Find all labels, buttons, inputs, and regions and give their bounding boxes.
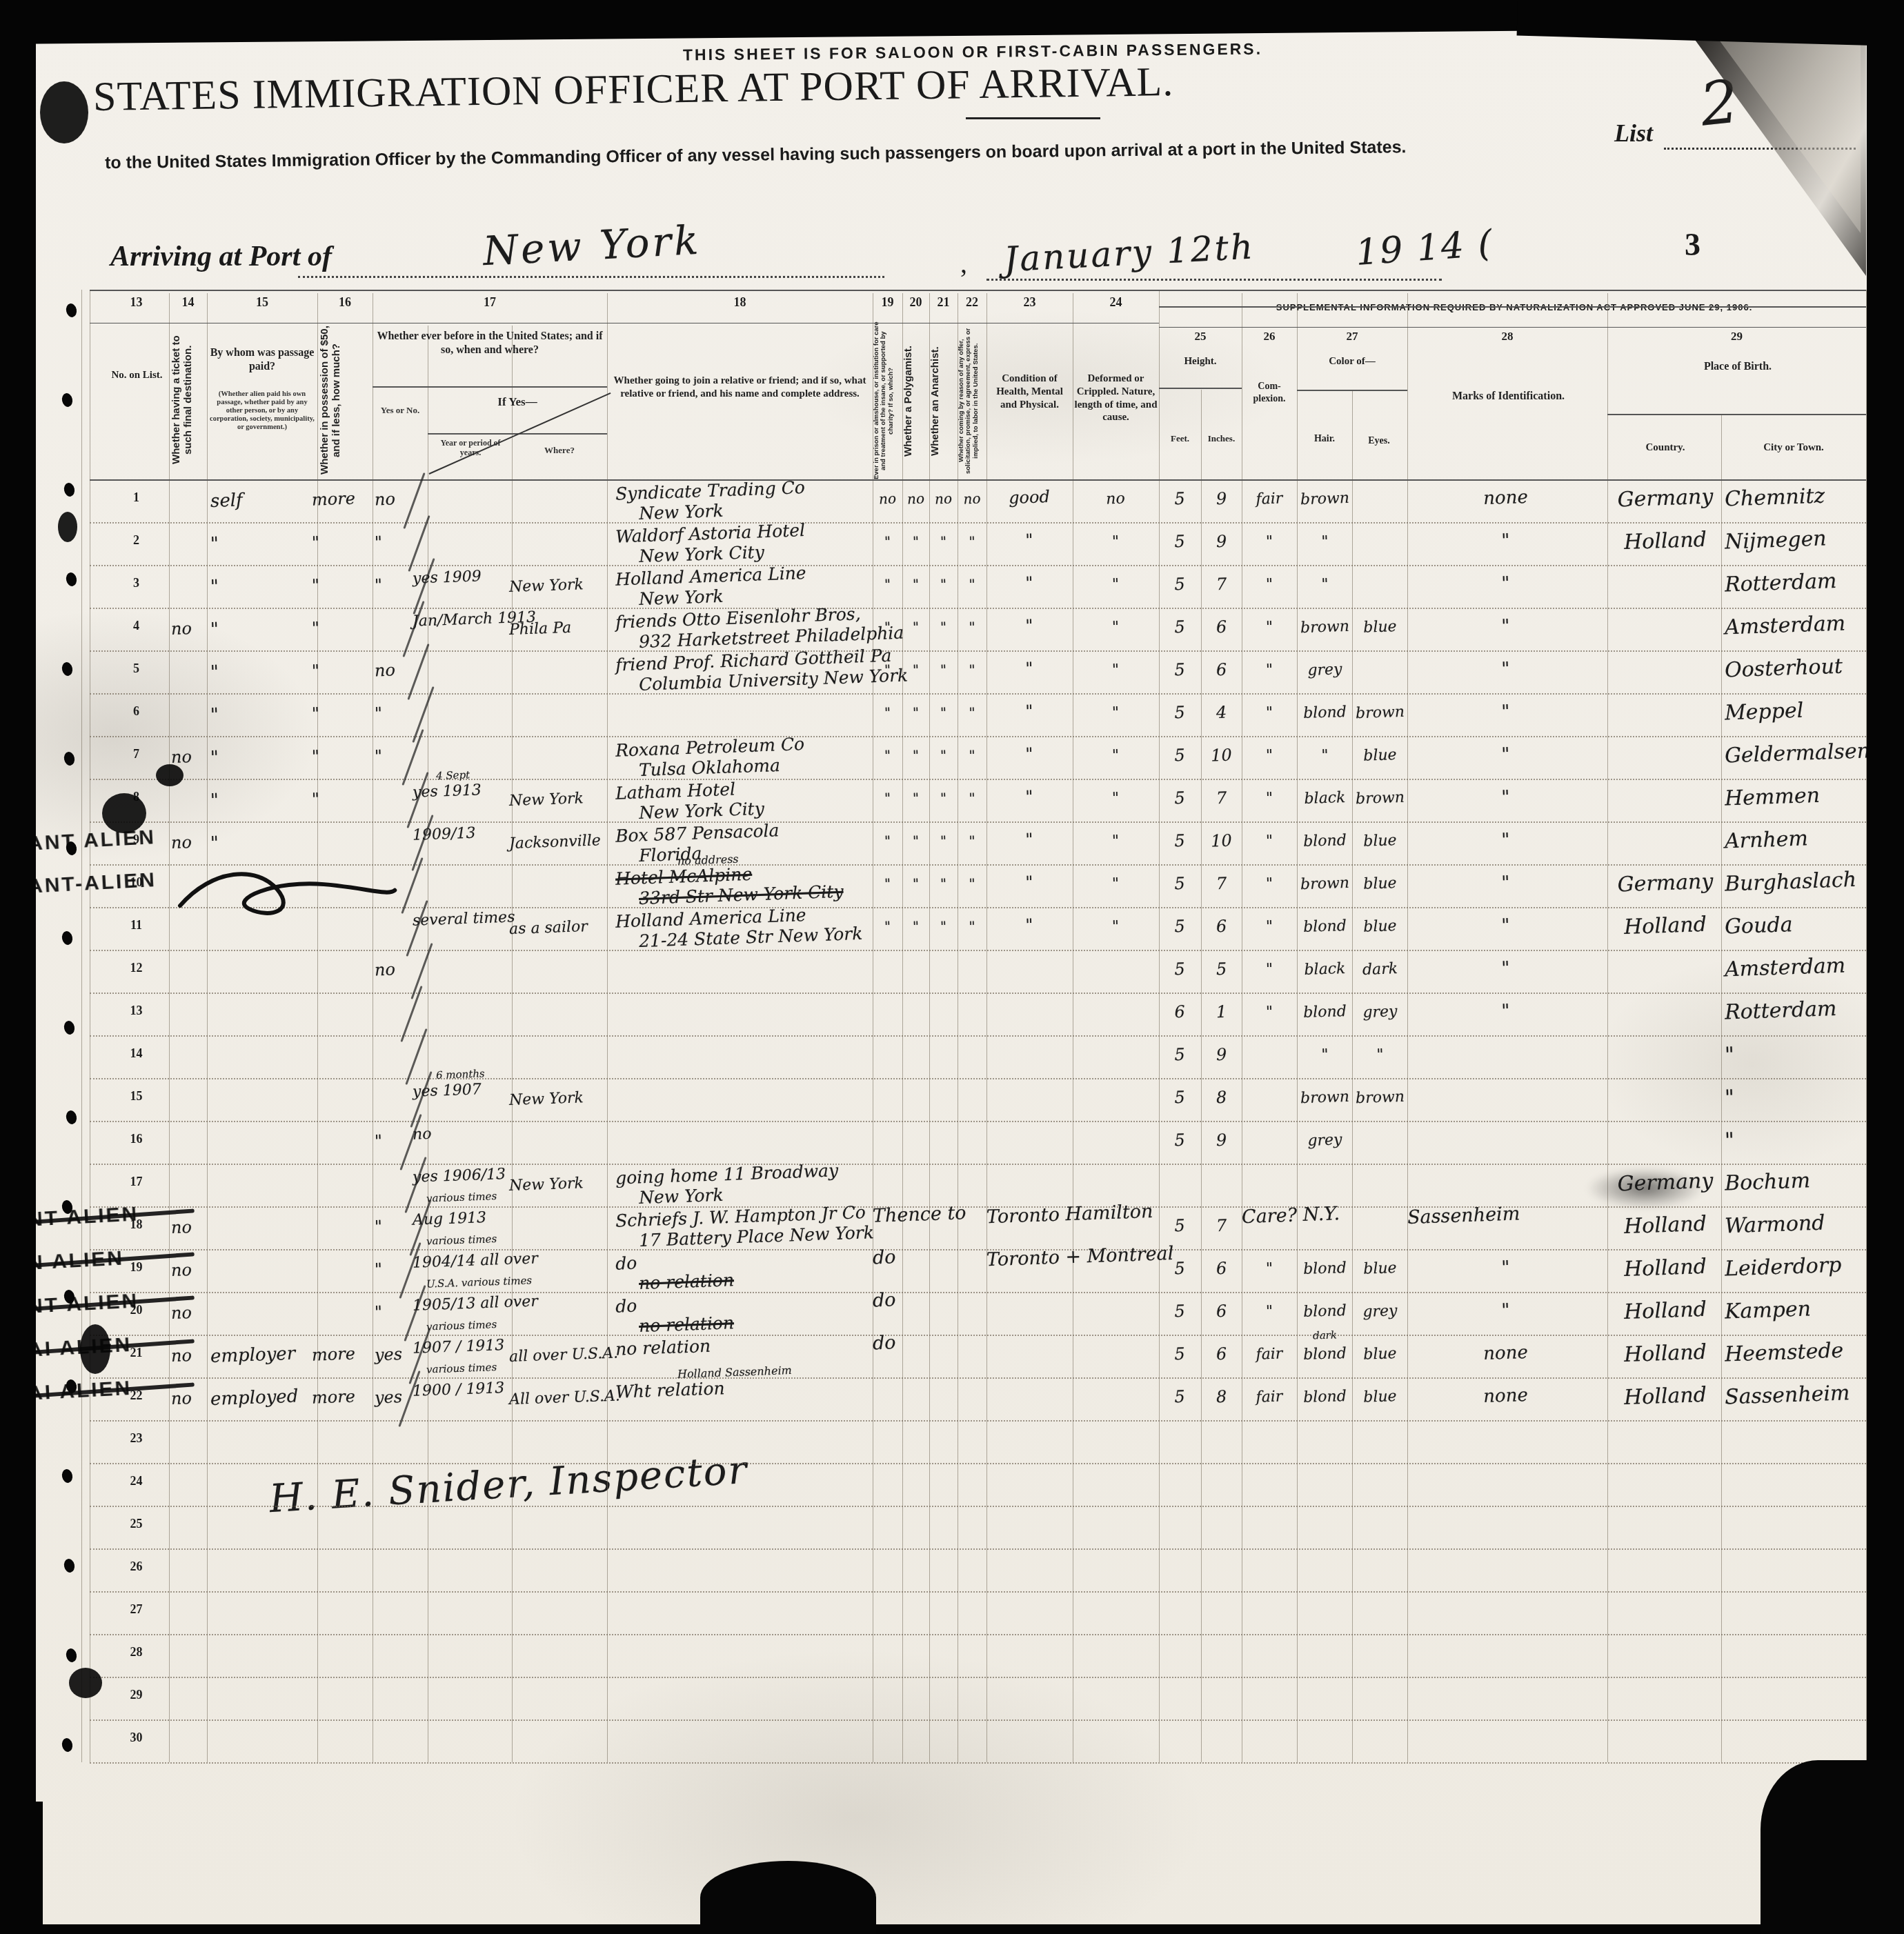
cell-ft: 5	[1160, 916, 1200, 937]
punch-hole	[65, 303, 78, 319]
punch-hole	[65, 1648, 78, 1664]
cell-yrB: U.S.A. various times	[426, 1273, 572, 1290]
header-label-c17yn: Yes or No.	[374, 406, 426, 416]
row-line	[90, 1078, 1866, 1079]
cell-hr: brown	[1298, 875, 1352, 894]
row-line	[90, 1591, 1866, 1593]
row-number: 3	[103, 576, 169, 590]
column-line	[902, 293, 903, 1762]
cell-hr: black	[1298, 960, 1352, 979]
cell-ey: blue	[1353, 746, 1407, 766]
cell-k20: "	[902, 917, 930, 935]
punch-hole	[61, 1737, 74, 1753]
cell-cx: "	[1243, 1302, 1296, 1322]
cell-cx: fair	[1243, 490, 1296, 509]
cell-ft: 5	[1160, 702, 1200, 723]
header-label-c19: Ever in prison or almshouse, or institut…	[873, 321, 902, 481]
row-line	[90, 650, 1866, 652]
cell-hr: "	[1298, 1046, 1352, 1065]
cell-hr: grey	[1298, 661, 1352, 680]
cell-k21: "	[929, 575, 958, 592]
column-number-20: 20	[902, 295, 929, 310]
header-label-c15: By whom was passage paid?	[208, 346, 316, 374]
cell-mk: none	[1418, 485, 1594, 512]
row-line	[90, 1164, 1866, 1165]
header-label-c17where: Where?	[513, 446, 606, 456]
cell-ci: Oosterhout	[1724, 653, 1866, 682]
cell-cx: "	[1243, 618, 1296, 637]
cell-mk: "	[1418, 656, 1594, 683]
ink-blob	[58, 512, 77, 542]
cell-ft: 5	[1160, 788, 1200, 808]
cell-ey: dark	[1353, 960, 1407, 979]
cell-ft: 5	[1160, 531, 1200, 552]
cell-k24: "	[1074, 874, 1158, 894]
cell-k23: "	[988, 914, 1071, 936]
cell-k19: "	[873, 746, 903, 764]
row-line	[90, 1377, 1866, 1379]
cell-ci: Amsterdam	[1724, 610, 1866, 639]
cell-yr: 1904/14 all over	[413, 1249, 558, 1271]
cell-cx: "	[1243, 789, 1296, 808]
cell-cx: "	[1243, 746, 1296, 766]
scanned-manifest-page: THIS SHEET IS FOR SALOON OR FIRST-CABIN …	[0, 0, 1904, 1934]
grid-line	[1159, 327, 1866, 328]
cell-k22: "	[958, 704, 987, 721]
cell-k19: "	[873, 575, 903, 592]
ink-blob	[80, 1324, 110, 1374]
cell-yrB: various times	[426, 1315, 572, 1333]
cell-mk: "	[1418, 741, 1594, 768]
row-number: 29	[103, 1688, 169, 1702]
cell-ey: brown	[1353, 1088, 1407, 1108]
grid-line	[1159, 306, 1866, 308]
column-line	[1201, 390, 1202, 1762]
column-line	[1607, 293, 1608, 1762]
header-label-c25a: Feet.	[1160, 433, 1200, 444]
pen-slash-mark	[405, 1028, 427, 1085]
column-number-15: 15	[207, 295, 317, 310]
row-number: 13	[103, 1004, 169, 1018]
cell-k21: "	[929, 789, 958, 806]
cell-co: Germany	[1610, 869, 1720, 897]
cell-k23: "	[988, 615, 1071, 637]
row-number: 1	[103, 490, 169, 505]
port-underline	[298, 276, 884, 278]
column-number-14: 14	[169, 295, 207, 310]
cell-cx: "	[1243, 1003, 1296, 1022]
cell-k24: "	[1074, 660, 1158, 680]
row-number: 6	[103, 704, 169, 719]
ink-blob	[102, 793, 146, 833]
cell-hr: blond	[1298, 1302, 1352, 1322]
column-number-29: 29	[1607, 330, 1866, 343]
cell-k19: "	[873, 832, 903, 849]
cell-co: Holland	[1610, 1339, 1720, 1367]
cell-mk: "	[1418, 913, 1594, 939]
cell-k21: "	[929, 917, 958, 935]
cell-ft: 5	[1160, 574, 1200, 595]
row-number: 25	[103, 1517, 169, 1531]
row-line	[90, 1677, 1866, 1678]
row-number: 23	[103, 1431, 169, 1446]
cell-k22: "	[958, 661, 987, 678]
row-line	[90, 736, 1866, 737]
year-value-handwritten: 19 14 (	[1354, 223, 1494, 274]
cell-k23: "	[988, 786, 1071, 808]
cell-ey: brown	[1353, 789, 1407, 808]
cell-in: 8	[1202, 1087, 1241, 1108]
corner-page-number-stamp: 3	[1685, 226, 1700, 263]
row-line	[90, 1548, 1866, 1550]
cell-ci: Bochum	[1724, 1166, 1866, 1195]
cell-k20: "	[902, 618, 930, 635]
cell-cx: "	[1243, 832, 1296, 851]
cell-f: "	[312, 530, 378, 552]
cell-co: Holland	[1610, 1297, 1720, 1324]
column-line	[1242, 293, 1242, 1762]
punch-hole	[61, 392, 74, 408]
cell-k19: "	[873, 789, 903, 806]
cell-co: Germany	[1610, 484, 1720, 512]
cell-k21: no	[929, 490, 958, 507]
cell-yr: Aug 1913	[413, 1206, 558, 1228]
scan-edge-right	[1867, 0, 1904, 1934]
row-line	[90, 1335, 1866, 1336]
cell-hr: grey	[1298, 1131, 1352, 1150]
grid-line	[1159, 388, 1242, 389]
cell-ft: 5	[1160, 617, 1200, 637]
cell-ft: 5	[1160, 959, 1200, 979]
cell-mk: "	[1418, 784, 1594, 811]
cell-hr: blond	[1298, 1259, 1352, 1279]
cell-k23: "	[988, 871, 1071, 893]
pen-scribble	[171, 853, 401, 926]
cell-mk: "	[1418, 613, 1594, 640]
cell-ft: 5	[1160, 1301, 1200, 1322]
header-label-c15note: (Whether alien paid his own passage, whe…	[210, 390, 315, 432]
cell-yr: 1905/13 all over	[413, 1292, 558, 1314]
row-line	[90, 1035, 1866, 1037]
header-label-c29b: City or Town.	[1723, 441, 1865, 455]
cell-annotation: do	[872, 1331, 929, 1355]
column-number-17: 17	[373, 295, 607, 310]
cell-in: 7	[1202, 1215, 1241, 1236]
cell-k22: "	[958, 875, 987, 892]
cell-in: 6	[1202, 659, 1241, 680]
column-line	[81, 290, 82, 1762]
cell-mk: "	[1418, 1255, 1594, 1282]
cell-in: 6	[1202, 1301, 1241, 1322]
cell-ci: Amsterdam	[1724, 953, 1866, 981]
scan-blob-bottom-left	[0, 1802, 43, 1934]
cell-k22: "	[958, 618, 987, 635]
cell-hr: blond	[1298, 832, 1352, 851]
row-number: 4	[103, 619, 169, 633]
column-line	[607, 293, 608, 1762]
cell-hr: "	[1298, 575, 1352, 595]
cell-ci: "	[1724, 1038, 1866, 1067]
note-rule	[966, 117, 1100, 119]
header-label-c28: Marks of Identification.	[1411, 390, 1606, 403]
column-line	[1352, 390, 1353, 1762]
cell-yn: no	[375, 488, 430, 510]
cell-k24: "	[1074, 746, 1158, 766]
grid-line	[373, 386, 607, 388]
cell-k24: "	[1074, 917, 1158, 937]
column-line	[1159, 290, 1160, 1762]
column-line	[169, 293, 170, 1762]
column-line	[317, 293, 318, 1762]
cell-p: employer	[210, 1342, 328, 1367]
cell-in: 5	[1202, 959, 1241, 979]
row-line	[90, 950, 1866, 951]
cell-ci: Geldermalsen	[1724, 739, 1866, 768]
cell-ft: 5	[1160, 659, 1200, 680]
cell-f: more	[312, 488, 378, 509]
grid-line	[1297, 390, 1407, 391]
cell-hr: blond	[1298, 704, 1352, 723]
cell-ey: "	[1353, 1046, 1407, 1065]
row-line	[90, 1121, 1866, 1122]
column-number-13: 13	[103, 295, 169, 310]
inspector-signature: H. E. Snider, Inspector	[268, 1448, 749, 1522]
cell-ft: 5	[1160, 1386, 1200, 1407]
cell-annotation: Toronto + Montreal	[986, 1244, 1160, 1271]
date-value-handwritten: January 12th	[1003, 227, 1256, 280]
column-number-16: 16	[317, 295, 373, 310]
cell-hrN: dark	[1298, 1328, 1352, 1343]
row-line	[90, 1463, 1866, 1464]
cell-f: "	[312, 787, 378, 808]
column-number-23: 23	[986, 295, 1073, 310]
column-line	[929, 293, 930, 1762]
punch-hole	[65, 572, 78, 588]
row-number: 11	[103, 918, 169, 933]
cell-annotation: Toronto Hamilton	[986, 1201, 1160, 1228]
column-line	[207, 293, 208, 1762]
port-comma: ,	[960, 247, 967, 279]
row-number: 15	[103, 1089, 169, 1104]
ink-blob	[69, 1668, 102, 1698]
cell-k22: "	[958, 917, 987, 935]
header-label-c17yes: If Yes—	[431, 395, 604, 409]
cell-k24: no	[1074, 489, 1158, 509]
row-line	[90, 1719, 1866, 1721]
row-line	[90, 1292, 1866, 1293]
cell-ft: 5	[1160, 745, 1200, 766]
cell-ci: Heemstede	[1724, 1337, 1866, 1366]
header-label-c14: Whether having a ticket to such final de…	[171, 323, 204, 477]
row-number: 26	[103, 1559, 169, 1574]
ink-blob	[40, 81, 88, 143]
row-number: 30	[103, 1731, 169, 1745]
cell-annotation: Thence to	[873, 1202, 987, 1227]
port-value-handwritten: New York	[482, 217, 702, 275]
page-fold-inner	[1719, 40, 1861, 233]
cell-ey: blue	[1353, 1259, 1407, 1279]
column-line	[90, 290, 90, 1762]
row-number: 2	[103, 533, 169, 548]
cell-k20: "	[902, 661, 930, 678]
cell-cx: "	[1243, 704, 1296, 723]
cell-k20: "	[902, 746, 930, 764]
row-line	[90, 522, 1866, 524]
cell-k23: good	[988, 486, 1071, 508]
header-label-c16: Whether in possession of $50, and if les…	[319, 321, 370, 479]
cell-k20: "	[902, 832, 930, 849]
punch-hole	[63, 1020, 76, 1036]
cell-cx: fair	[1243, 1388, 1296, 1407]
cell-in: 1	[1202, 1001, 1241, 1022]
cell-k24: "	[1074, 831, 1158, 851]
cell-ci: Arnhem	[1724, 824, 1866, 853]
column-line	[512, 326, 513, 1762]
cell-k21: "	[929, 832, 958, 849]
cell-mk: "	[1418, 699, 1594, 726]
cell-k23: "	[988, 529, 1071, 551]
cell-ey: grey	[1353, 1003, 1407, 1022]
scan-edge-left	[0, 0, 36, 1934]
row-line	[90, 1762, 1866, 1764]
cell-k20: no	[902, 490, 930, 507]
cell-in: 9	[1202, 531, 1241, 552]
cell-p: "	[210, 786, 328, 811]
row-line	[90, 1420, 1866, 1422]
column-number-22: 22	[958, 295, 986, 310]
cell-hr: blond	[1298, 1003, 1352, 1022]
cell-k22: "	[958, 532, 987, 550]
cell-f: "	[312, 616, 378, 637]
cell-ey: blue	[1353, 917, 1407, 937]
cell-ey: grey	[1353, 1302, 1407, 1322]
cell-in: 7	[1202, 574, 1241, 595]
cell-f: "	[312, 659, 378, 680]
cell-k20: "	[902, 532, 930, 550]
column-number-18: 18	[607, 295, 873, 310]
cell-f: "	[312, 573, 378, 595]
cell-mk: "	[1418, 998, 1594, 1025]
cell-cx: "	[1243, 661, 1296, 680]
cell-in: 6	[1202, 1344, 1241, 1364]
cell-in: 7	[1202, 788, 1241, 808]
scan-blob-bottom-right	[1761, 1760, 1904, 1934]
cell-cx: "	[1243, 960, 1296, 979]
cell-k19: "	[873, 532, 903, 550]
cell-in: 9	[1202, 488, 1241, 509]
column-line	[1297, 293, 1298, 1762]
punch-hole	[63, 1558, 76, 1574]
column-line	[986, 293, 987, 1762]
cell-k23: "	[988, 572, 1071, 594]
header-label-c13: No. on List.	[105, 369, 169, 382]
cell-k20: "	[902, 575, 930, 592]
cell-ci: "	[1724, 1081, 1866, 1110]
punch-hole	[65, 1110, 78, 1126]
column-number-24: 24	[1073, 295, 1159, 310]
cell-yn: "	[375, 745, 430, 766]
cell-cx: "	[1243, 575, 1296, 595]
cell-p: self	[210, 487, 328, 512]
cell-f: "	[312, 701, 378, 723]
cell-in: 6	[1202, 1258, 1241, 1279]
header-label-c24: Deformed or Crippled. Nature, length of …	[1074, 372, 1158, 424]
cell-ci: Leiderdorp	[1724, 1252, 1866, 1281]
row-line	[90, 565, 1866, 566]
header-label-c27: Color of—	[1298, 355, 1406, 368]
cell-k22: no	[958, 490, 987, 507]
row-line	[90, 608, 1866, 609]
cell-k21: "	[929, 661, 958, 678]
header-label-c27a: Hair.	[1298, 433, 1351, 446]
cell-k24: "	[1074, 788, 1158, 808]
cell-ci: Chemnitz	[1724, 482, 1866, 511]
cell-co: Holland	[1610, 1211, 1720, 1239]
cell-ey: blue	[1353, 618, 1407, 637]
cell-k20: "	[902, 704, 930, 721]
cell-ft: 5	[1160, 1044, 1200, 1065]
cell-ft: 5	[1160, 1344, 1200, 1364]
cell-p: "	[210, 829, 328, 854]
cell-k22: "	[958, 789, 987, 806]
cell-p: "	[210, 572, 328, 597]
cell-mk: "	[1418, 870, 1594, 897]
row-line	[90, 1249, 1866, 1250]
cell-ci: Warmond	[1724, 1209, 1866, 1238]
cell-ft: 6	[1160, 1001, 1200, 1022]
cell-hr: brown	[1298, 1088, 1352, 1108]
cell-ci: Sassenheim	[1724, 1380, 1866, 1409]
cell-ci: Kampen	[1724, 1295, 1866, 1324]
header-label-c17year: Year or period of years.	[430, 439, 510, 458]
cell-hr: brown	[1298, 618, 1352, 637]
punch-hole	[63, 482, 76, 498]
cell-in: 9	[1202, 1130, 1241, 1150]
cell-mk: "	[1418, 827, 1594, 854]
cell-k19: "	[873, 618, 903, 635]
cell-k23: "	[988, 657, 1071, 679]
cell-k20: "	[902, 875, 930, 892]
cell-hr: black	[1298, 789, 1352, 808]
cell-ft: 5	[1160, 1215, 1200, 1236]
cell-annotation: do	[872, 1288, 929, 1312]
cell-p: employed	[210, 1385, 328, 1410]
row-number: 14	[103, 1046, 169, 1061]
cell-hr: "	[1298, 746, 1352, 766]
cell-k19: "	[873, 875, 903, 892]
cell-co: Holland	[1610, 1382, 1720, 1410]
cell-t: no	[171, 746, 213, 767]
cell-yrB: various times	[426, 1230, 572, 1247]
cell-hr: blond	[1298, 1388, 1352, 1407]
cell-ey: brown	[1353, 704, 1407, 723]
cell-k22: "	[958, 575, 987, 592]
cell-k20: "	[902, 789, 930, 806]
cell-p: "	[210, 615, 328, 640]
header-label-c26: Com-plexion.	[1243, 381, 1296, 405]
cell-co: Holland	[1610, 1254, 1720, 1282]
header-label-c27b: Eyes.	[1352, 435, 1406, 448]
row-number: 17	[103, 1175, 169, 1189]
cell-hr: blond	[1298, 917, 1352, 937]
cell-ft: 5	[1160, 830, 1200, 851]
header-label-c23: Condition of Health, Mental and Physical…	[988, 372, 1071, 411]
cell-ey: blue	[1353, 875, 1407, 894]
cell-yr: no	[413, 1121, 558, 1143]
cell-k24: "	[1074, 532, 1158, 552]
row-number: 7	[103, 747, 169, 761]
grid-line	[90, 323, 1159, 323]
